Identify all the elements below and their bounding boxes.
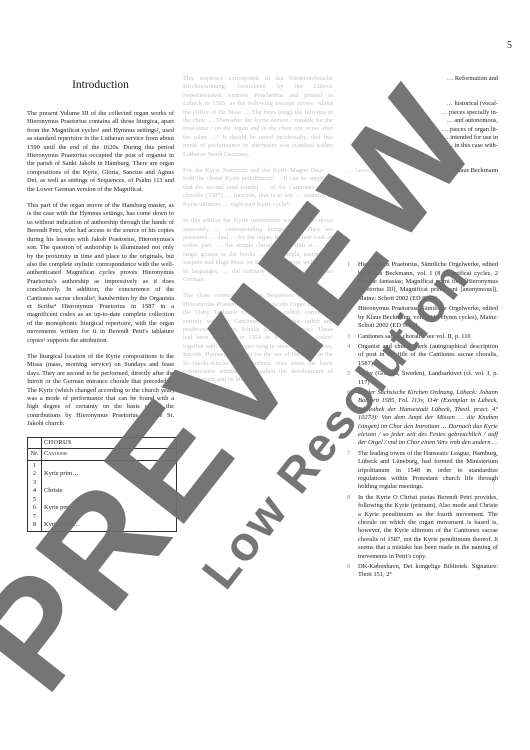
intro-fragment: … intended for use in	[347, 134, 498, 142]
footnote-number: 8	[347, 494, 358, 561]
paragraph-sequences: The close connection of the Sequences pr…	[183, 292, 333, 384]
footnote: 6Nieder Sächsische Kirchen Ordnung, Lübe…	[347, 389, 498, 448]
footnote: 7The leading towns of the Hanseatic Leag…	[347, 450, 498, 492]
footnote-number: 1	[347, 261, 358, 303]
table-header-group-row: CHORUS	[28, 437, 177, 448]
footnote-number: 4	[347, 343, 358, 368]
row-number: 6	[30, 504, 39, 513]
row-number: 8	[30, 521, 39, 530]
row-text: Christe	[44, 487, 174, 496]
table-corner-cell	[28, 437, 42, 448]
footnote-number: 5	[347, 370, 358, 387]
footnote-text: Cantiones sacrae choralis: see vol. II, …	[358, 333, 498, 341]
footnote-text: In the Kyrie O Christi pietas Berendt Pe…	[358, 494, 498, 561]
table-header-chorus: CHORUS	[42, 437, 177, 448]
footnote: 4Organist and church clerk (autographica…	[347, 343, 498, 368]
footnote: 1Hieronymus Praetorius, Sämtliche Orgelw…	[347, 261, 498, 303]
signature-block: … January 2002 Claus Beckmann	[347, 167, 498, 175]
row-number: 4	[30, 487, 39, 496]
row-text: Kyrie prim…	[44, 470, 174, 479]
row-text	[44, 479, 174, 488]
paragraph-edition-notes: In this edition the Kyrie movements were…	[183, 217, 333, 284]
row-text	[44, 513, 174, 522]
page-number: 5	[507, 40, 512, 51]
footnote-text: Hieronymus Praetorius, Sämtliche Orgelwe…	[358, 305, 498, 330]
row-number: 2	[30, 470, 39, 479]
paragraph-kirchenordnung: This sequence corresponds to the Nieders…	[183, 75, 333, 159]
intro-fragment: … historical (vocal-	[347, 100, 498, 108]
middle-column: This sequence corresponds to the Nieders…	[183, 75, 333, 393]
footnote: 8In the Kyrie O Christi pietas Berendt P…	[347, 494, 498, 561]
footnote-number: 7	[347, 450, 358, 492]
footnote-number: 3	[347, 333, 358, 341]
footnote-number: 2	[347, 305, 358, 330]
table-row: 1 2 3 4 5 6 7 8 Kyrie prim… Christe Kyri…	[28, 460, 177, 531]
footnotes-list: 1Hieronymus Praetorius, Sämtliche Orgelw…	[347, 261, 498, 580]
table-header-nr: Nr.	[28, 449, 42, 461]
intro-fragment: … pieces of organ lit-	[347, 126, 498, 134]
footnote: 5Visby (Gotland, Sweden), Landsarkivet (…	[347, 370, 498, 387]
chorus-table: CHORUS Nr. Cantionis 1 2 3 4 5 6 7 8 Kyr…	[27, 437, 177, 532]
table-row-numbers: 1 2 3 4 5 6 7 8	[28, 460, 42, 531]
footnote-text: The leading towns of the Hanseatic Leagu…	[358, 450, 498, 492]
row-number: 1	[30, 462, 39, 471]
paragraph-intro: The present Volume III of the collected …	[27, 110, 174, 194]
footnote-text: Organist and church clerk (autographical…	[358, 343, 498, 368]
footnote: 2Hieronymus Praetorius, Sämtliche Orgelw…	[347, 305, 498, 330]
row-number: 5	[30, 496, 39, 505]
footnote-text: DK-København, Det kongelige Bibliotek. S…	[358, 563, 498, 580]
row-text: Kyrie ultim…	[44, 521, 174, 530]
footnote: 9DK-København, Det kongelige Bibliotek. …	[347, 563, 498, 580]
left-column: Introduction The present Volume III of t…	[27, 78, 174, 532]
footnote-number: 9	[347, 563, 358, 580]
footnote-text: Hieronymus Praetorius, Sämtliche Orgelwe…	[358, 261, 498, 303]
footnote-text: Visby (Gotland, Sweden), Landsarkivet (c…	[358, 370, 498, 387]
intro-fragment: … and autonomous,	[347, 117, 498, 125]
footnote-text: Nieder Sächsische Kirchen Ordnung, Lübec…	[358, 389, 498, 448]
table-row-texts: Kyrie prim… Christe Kyrie pen… Kyrie ult…	[42, 460, 177, 531]
paragraph-liturgical-location: The liturgical location of the Kyrie com…	[27, 353, 174, 429]
table-header-row: Nr. Cantionis	[28, 449, 177, 461]
right-column: … Reformation and … historical (vocal- ……	[347, 75, 498, 582]
intro-fragment: … pieces specially in-	[347, 109, 498, 117]
paragraph-kyrie-summum: For the Kyrie Summum and the Kyrie Magne…	[183, 167, 333, 209]
footnote: 3Cantiones sacrae choralis: see vol. II,…	[347, 333, 498, 341]
paragraph-authorship: This part of the organ œuvre of the Hamb…	[27, 202, 174, 345]
footnote-number: 6	[347, 389, 358, 448]
table-header-cantionis: Cantionis	[42, 449, 177, 461]
row-text	[44, 462, 174, 471]
row-text: Kyrie pen…	[44, 504, 174, 513]
row-number: 7	[30, 513, 39, 522]
signature-name: Claus Beckmann	[455, 167, 498, 175]
signature-date: … January 2002	[347, 167, 389, 175]
page-heading: Introduction	[27, 78, 174, 92]
intro-fragment: … in this case with-	[347, 142, 498, 150]
row-number: 3	[30, 479, 39, 488]
row-text	[44, 496, 174, 505]
intro-fragment: … Reformation and	[347, 75, 498, 83]
